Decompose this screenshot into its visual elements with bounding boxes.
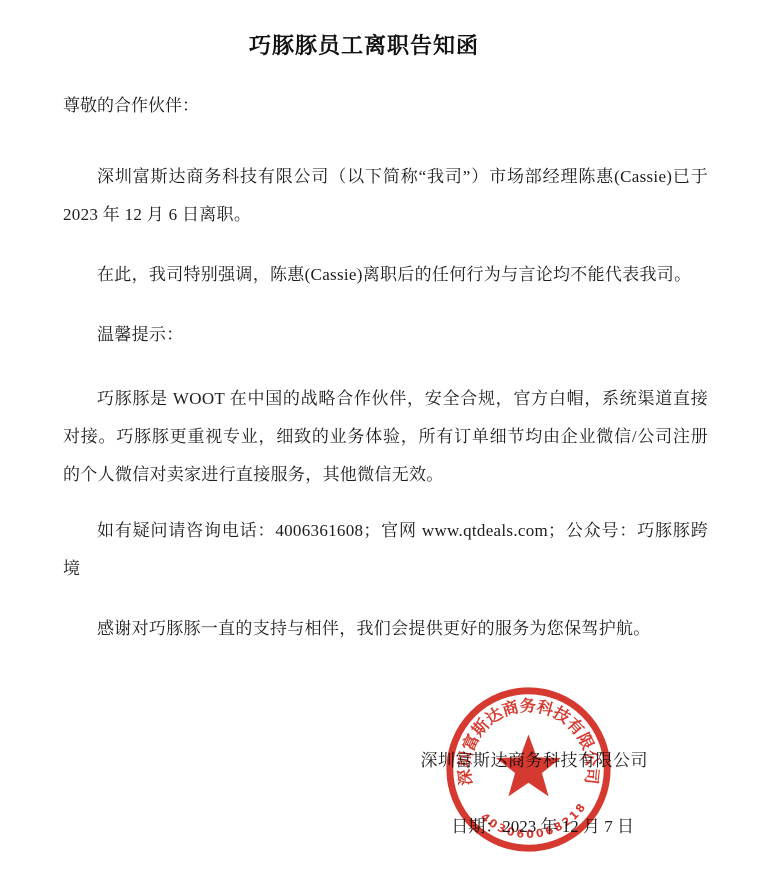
paragraph-thanks: 感谢对巧豚豚一直的支持与相伴，我们会提供更好的服务为您保驾护航。 (63, 610, 708, 648)
signature-company: 深圳富斯达商务科技有限公司 (0, 742, 648, 780)
document-page: 巧豚豚员工离职告知函 尊敬的合作伙伴： 深圳富斯达商务科技有限公司（以下简称“我… (0, 0, 768, 890)
salutation: 尊敬的合作伙伴： (63, 87, 708, 125)
signature-block: 深圳富斯达商务科技有限公司 日期：2023 年 12 月 7 日 (0, 742, 768, 846)
paragraph-disclaimer: 在此，我司特别强调，陈惠(Cassie)离职后的任何行为与言论均不能代表我司。 (63, 256, 708, 294)
paragraph-partnership-info: 巧豚豚是 WOOT 在中国的战略合作伙伴，安全合规，官方白帽，系统渠道直接对接。… (63, 380, 708, 494)
signature-date: 日期：2023 年 12 月 7 日 (0, 808, 634, 846)
document-title: 巧豚豚员工离职告知函 (0, 31, 728, 61)
paragraph-contact-info: 如有疑问请咨询电话：4006361608；官网 www.qtdeals.com；… (63, 512, 708, 588)
paragraph-reminder-heading: 温馨提示： (63, 316, 708, 354)
paragraph-departure-notice: 深圳富斯达商务科技有限公司（以下简称“我司”）市场部经理陈惠(Cassie)已于… (63, 158, 708, 234)
